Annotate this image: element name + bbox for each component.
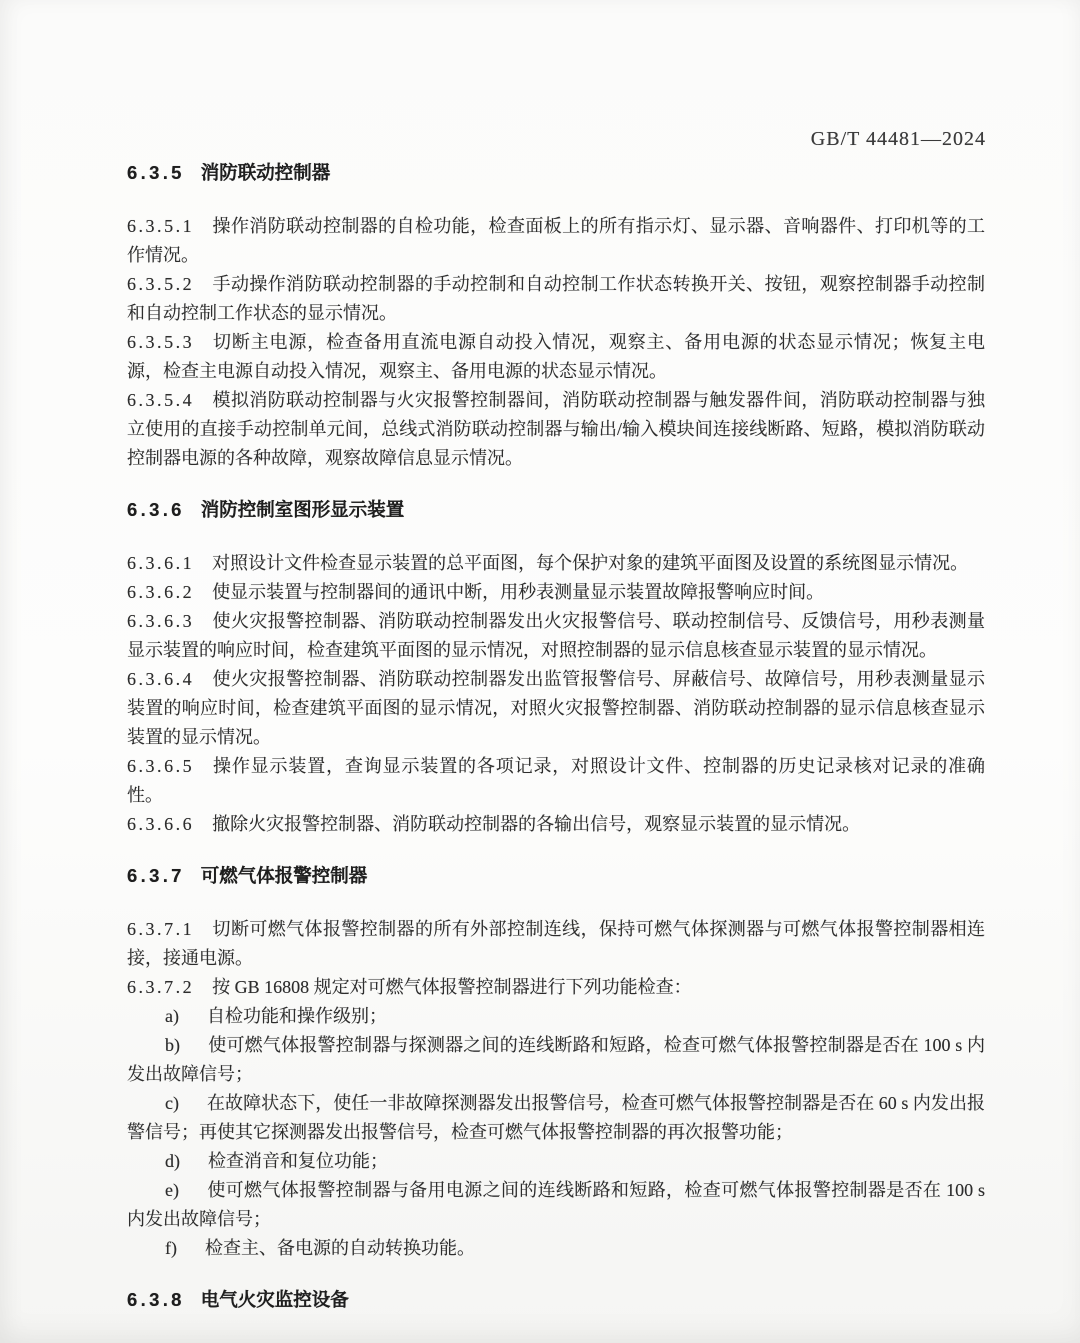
clause-number: 6.3.7.2 (127, 977, 212, 997)
list-item-letter: f) (165, 1238, 205, 1258)
section-heading: 6.3.7可燃气体报警控制器 (127, 863, 985, 889)
clause-number: 6.3.6.5 (127, 756, 212, 776)
clause-paragraph: 6.3.5.1操作消防联动控制器的自检功能，检查面板上的所有指示灯、显示器、音响… (127, 212, 985, 270)
clause-text: 使显示装置与控制器间的通讯中断，用秒表测量显示装置故障报警响应时间。 (212, 582, 824, 602)
list-item-letter: d) (165, 1151, 208, 1171)
list-item-text: 检查主、备电源的自动转换功能。 (205, 1238, 475, 1258)
clause-text: 按 GB 16808 规定对可燃气体报警控制器进行下列功能检查： (212, 977, 692, 997)
clause-number: 6.3.6.2 (127, 582, 212, 602)
section-number: 6.3.8 (127, 1289, 185, 1310)
list-item-text: 使可燃气体报警控制器与备用电源之间的连线断路和短路，检查可燃气体报警控制器是否在… (127, 1180, 985, 1229)
list-item: a)自检功能和操作级别； (127, 1002, 985, 1031)
list-item-letter: a) (165, 1006, 207, 1026)
clause-number: 6.3.5.4 (127, 390, 212, 410)
clause-text: 模拟消防联动控制器与火灾报警控制器间，消防联动控制器与触发器件间，消防联动控制器… (127, 390, 985, 468)
document-content: 6.3.5消防联动控制器6.3.5.1操作消防联动控制器的自检功能，检查面板上的… (127, 160, 985, 1339)
clause-number: 6.3.6.3 (127, 611, 212, 631)
clause-number: 6.3.5.3 (127, 332, 212, 352)
clause-paragraph: 6.3.5.2手动操作消防联动控制器的手动控制和自动控制工作状态转换开关、按钮，… (127, 270, 985, 328)
clause-text: 撤除火灾报警控制器、消防联动控制器的各输出信号，观察显示装置的显示情况。 (212, 814, 860, 834)
clause-paragraph: 6.3.6.5操作显示装置，查询显示装置的各项记录，对照设计文件、控制器的历史记… (127, 752, 985, 810)
list-item: f)检查主、备电源的自动转换功能。 (127, 1234, 985, 1263)
section-heading: 6.3.8电气火灾监控设备 (127, 1287, 985, 1313)
clause-text: 对照设计文件检查显示装置的总平面图，每个保护对象的建筑平面图及设置的系统图显示情… (212, 553, 968, 573)
clause-number: 6.3.5.1 (127, 216, 212, 236)
clause-paragraph: 6.3.5.3切断主电源，检查备用直流电源自动投入情况，观察主、备用电源的状态显… (127, 328, 985, 386)
clause-paragraph: 6.3.6.6撤除火灾报警控制器、消防联动控制器的各输出信号，观察显示装置的显示… (127, 810, 985, 839)
clause-paragraph: 6.3.7.2按 GB 16808 规定对可燃气体报警控制器进行下列功能检查： (127, 973, 985, 1002)
list-item: d)检查消音和复位功能； (127, 1147, 985, 1176)
clause-number: 6.3.7.1 (127, 919, 212, 939)
clause-number: 6.3.6.4 (127, 669, 212, 689)
section-title: 可燃气体报警控制器 (201, 865, 368, 886)
clause-number: 6.3.5.2 (127, 274, 212, 294)
clause-text: 使火灾报警控制器、消防联动控制器发出监管报警信号、屏蔽信号、故障信号，用秒表测量… (127, 669, 985, 747)
clause-text: 操作消防联动控制器的自检功能，检查面板上的所有指示灯、显示器、音响器件、打印机等… (127, 216, 985, 265)
doc-number: GB/T 44481—2024 (811, 128, 986, 151)
clause-paragraph: 6.3.6.3使火灾报警控制器、消防联动控制器发出火灾报警信号、联动控制信号、反… (127, 607, 985, 665)
clause-text: 操作显示装置，查询显示装置的各项记录，对照设计文件、控制器的历史记录核对记录的准… (127, 756, 985, 805)
clause-text: 使火灾报警控制器、消防联动控制器发出火灾报警信号、联动控制信号、反馈信号，用秒表… (127, 611, 985, 660)
list-item-text: 使可燃气体报警控制器与探测器之间的连线断路和短路，检查可燃气体报警控制器是否在 … (127, 1035, 985, 1084)
section-title: 消防控制室图形显示装置 (201, 499, 405, 520)
clause-text: 手动操作消防联动控制器的手动控制和自动控制工作状态转换开关、按钮，观察控制器手动… (127, 274, 985, 323)
clause-paragraph: 6.3.6.2使显示装置与控制器间的通讯中断，用秒表测量显示装置故障报警响应时间… (127, 578, 985, 607)
section-title: 消防联动控制器 (201, 162, 331, 183)
clause-paragraph: 6.3.7.1切断可燃气体报警控制器的所有外部控制连线，保持可燃气体探测器与可燃… (127, 915, 985, 973)
section-heading: 6.3.5消防联动控制器 (127, 160, 985, 186)
list-item-text: 自检功能和操作级别； (207, 1006, 387, 1026)
section-number: 6.3.7 (127, 865, 185, 886)
section-number: 6.3.6 (127, 499, 185, 520)
clause-number: 6.3.6.1 (127, 553, 212, 573)
clause-paragraph: 6.3.6.4使火灾报警控制器、消防联动控制器发出监管报警信号、屏蔽信号、故障信… (127, 665, 985, 752)
clause-text: 切断主电源，检查备用直流电源自动投入情况，观察主、备用电源的状态显示情况；恢复主… (127, 332, 985, 381)
section-title: 电气火灾监控设备 (201, 1289, 349, 1310)
list-item-letter: c) (165, 1093, 207, 1113)
list-item-text: 在故障状态下，使任一非故障探测器发出报警信号，检查可燃气体报警控制器是否在 60… (127, 1093, 985, 1142)
clause-text: 切断可燃气体报警控制器的所有外部控制连线，保持可燃气体探测器与可燃气体报警控制器… (127, 919, 985, 968)
list-item: b)使可燃气体报警控制器与探测器之间的连线断路和短路，检查可燃气体报警控制器是否… (127, 1031, 985, 1089)
clause-paragraph: 6.3.5.4模拟消防联动控制器与火灾报警控制器间，消防联动控制器与触发器件间，… (127, 386, 985, 473)
clause-number: 6.3.6.6 (127, 814, 212, 834)
clause-paragraph: 6.3.6.1对照设计文件检查显示装置的总平面图，每个保护对象的建筑平面图及设置… (127, 549, 985, 578)
section-number: 6.3.5 (127, 162, 185, 183)
list-item-letter: e) (165, 1180, 207, 1200)
list-item: e)使可燃气体报警控制器与备用电源之间的连线断路和短路，检查可燃气体报警控制器是… (127, 1176, 985, 1234)
list-item-letter: b) (165, 1035, 208, 1055)
section-heading: 6.3.6消防控制室图形显示装置 (127, 497, 985, 523)
list-item-text: 检查消音和复位功能； (208, 1151, 388, 1171)
document-page: GB/T 44481—2024 6.3.5消防联动控制器6.3.5.1操作消防联… (0, 0, 1080, 1343)
list-item: c)在故障状态下，使任一非故障探测器发出报警信号，检查可燃气体报警控制器是否在 … (127, 1089, 985, 1147)
